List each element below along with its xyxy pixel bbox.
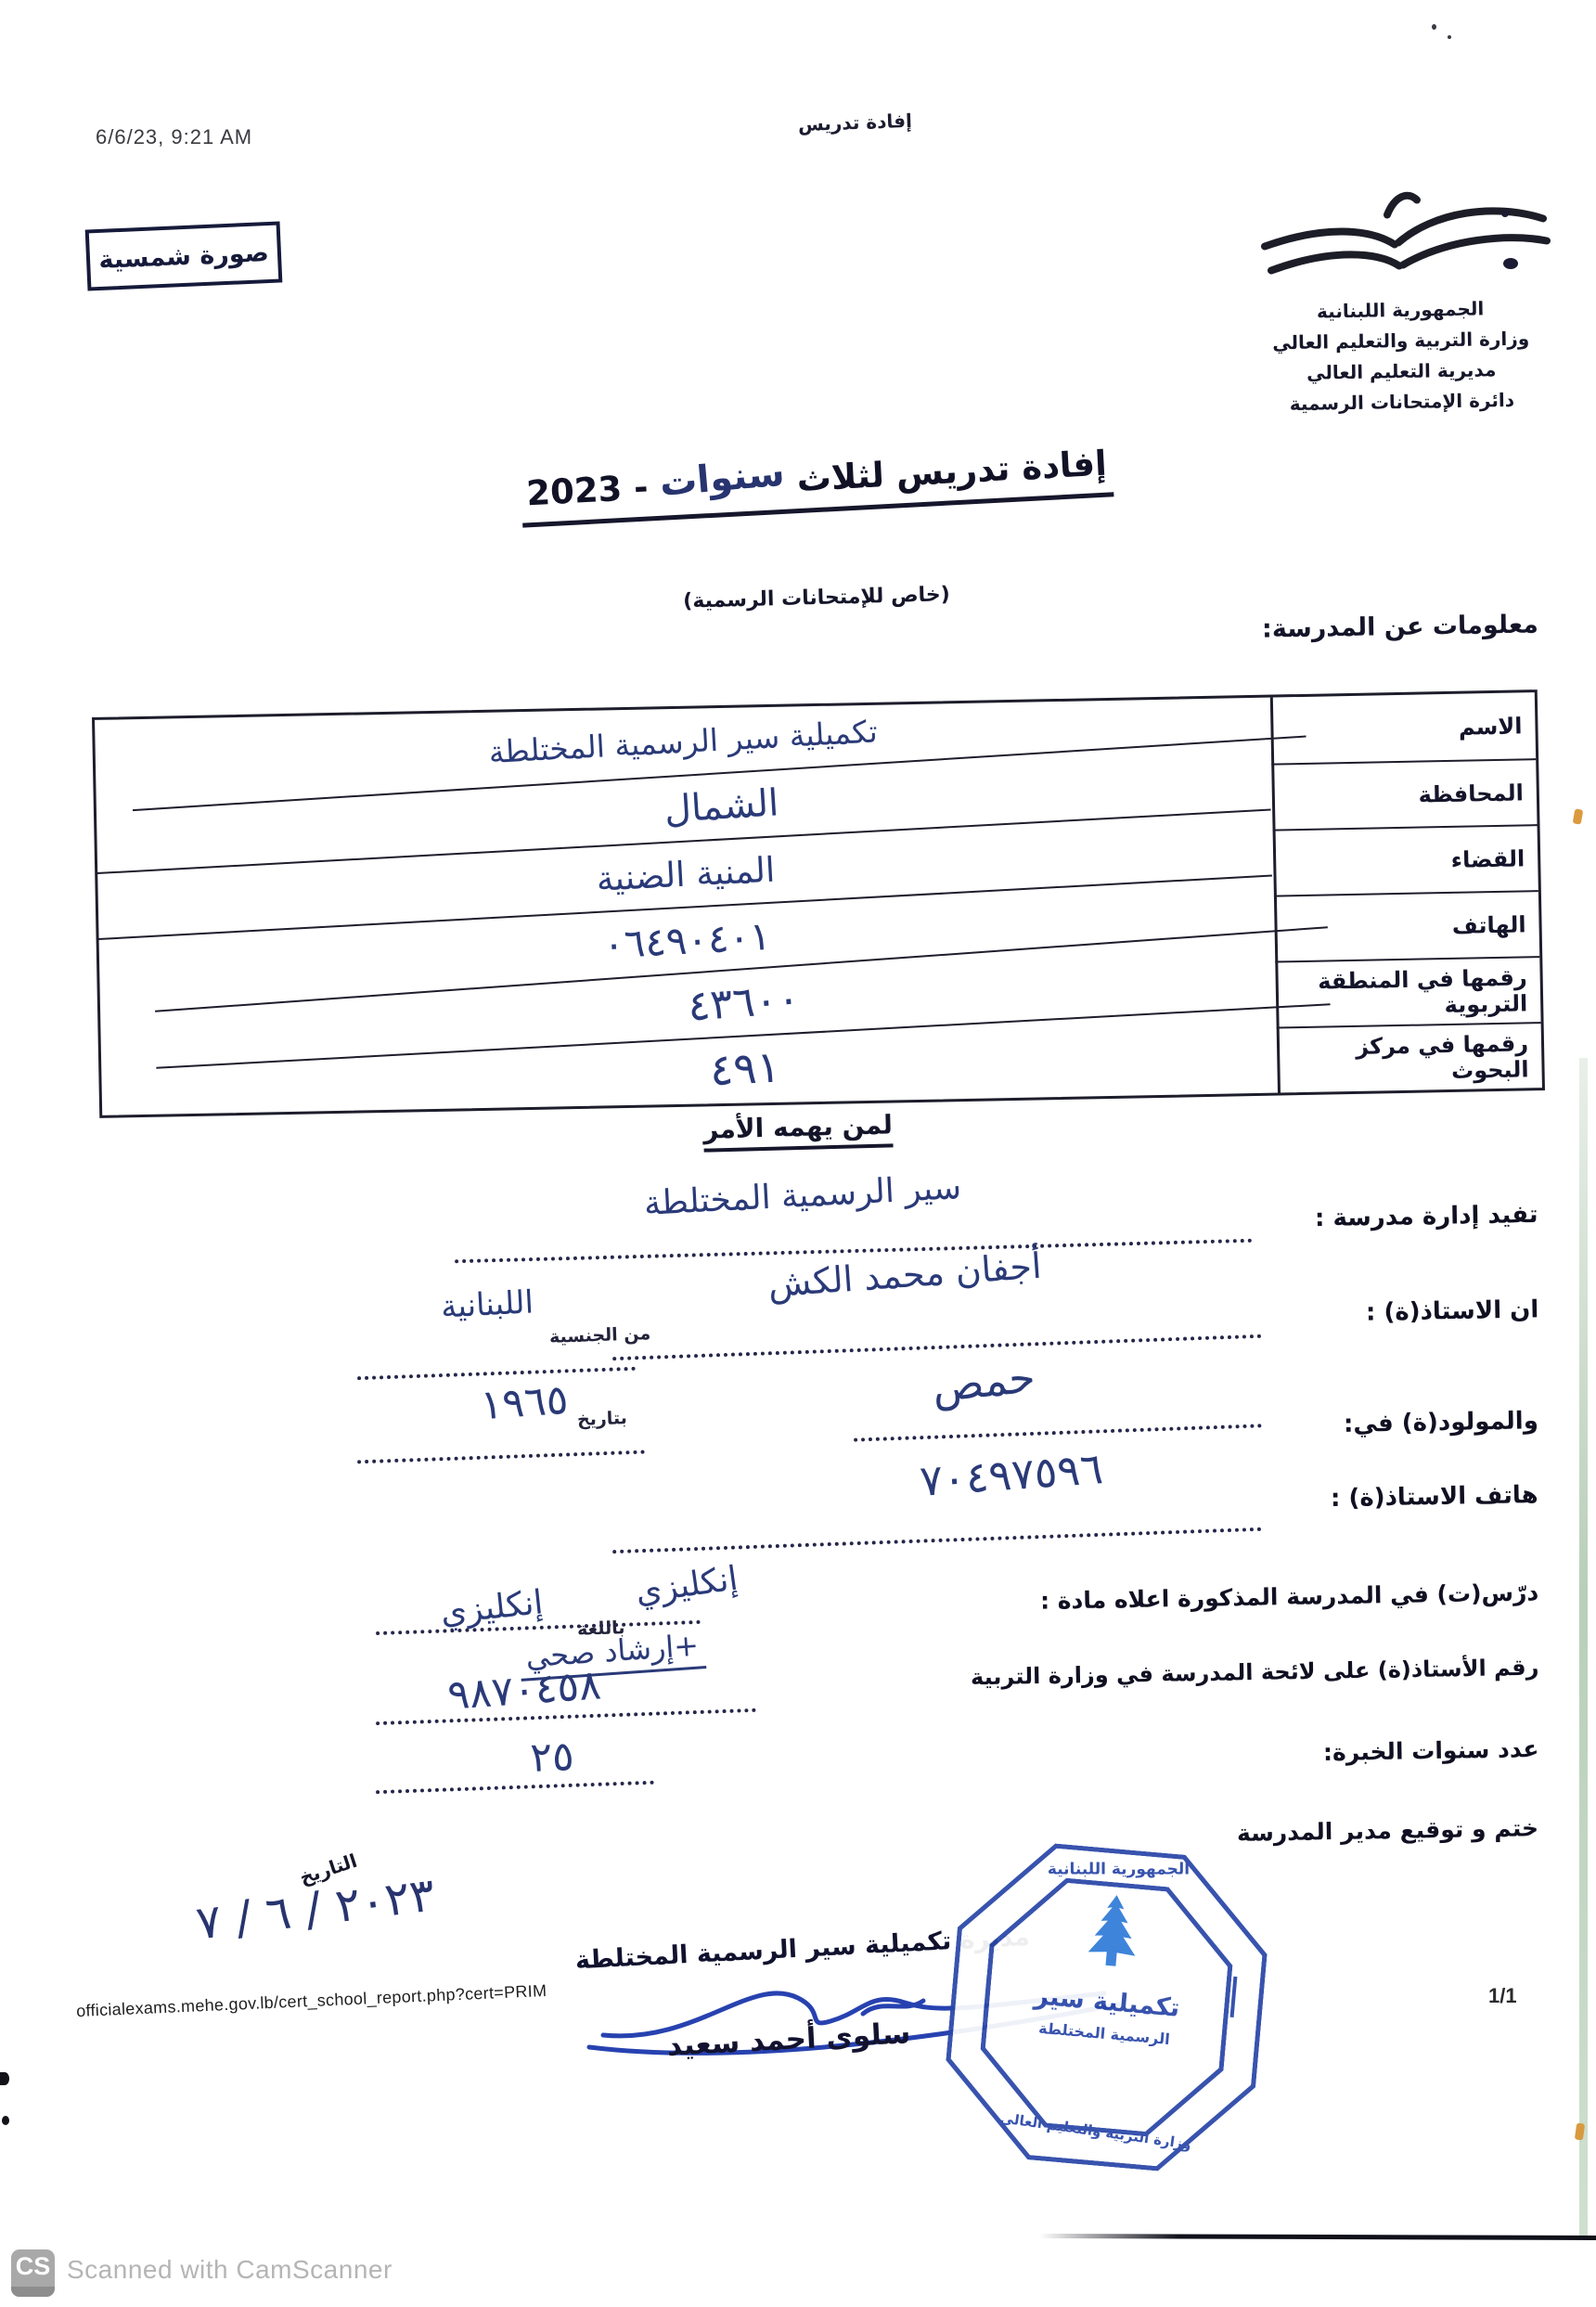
photo-stamp-label: صورة شمسية (98, 238, 270, 275)
document-url-text: officialexams.mehe.gov.lb/cert_school_re… (76, 1981, 547, 2021)
table-label-name: الاسم (1270, 692, 1536, 763)
form-label-list-number: رقم الأستاذ(ة) على لائحة المدرسة في وزار… (970, 1655, 1538, 1691)
ministry-line-ministry: وزارة التربية والتعليم العالي (1233, 323, 1568, 359)
page-indicator: 1/1 (1488, 1984, 1517, 2008)
camscanner-logo-icon: CS (11, 2249, 55, 2297)
ink-speck (2, 2116, 9, 2125)
form-label-teacher-phone: هاتف الاستاذ(ة) : (1331, 1481, 1538, 1513)
doc-title: إفادة تدريس لثلاث سنوات - 2023 (352, 432, 1281, 523)
handwritten-birth-place: حمص (870, 1346, 1097, 1419)
scanned-document-page: 6/6/23, 9:21 AM إفادة تدريس صورة شمسية ا… (0, 0, 1596, 2307)
ministry-book-logo-icon (1248, 178, 1554, 306)
doc-header-note: إفادة تدريس (798, 110, 913, 135)
ink-speck (1448, 35, 1451, 39)
ink-speck (1503, 258, 1518, 269)
cedar-tree-icon (1066, 1888, 1159, 1989)
table-label-district: القضاء (1273, 824, 1538, 895)
handwritten-teacher-phone: ٧٠٤٩٧٥٩٦ (741, 1431, 1281, 1518)
handwritten-experience-years: ٢٥ (500, 1732, 604, 1783)
school-info-table: الاسم تكميلية سير الرسمية المختلطة المحا… (92, 690, 1545, 1118)
ministry-header: الجمهورية اللبنانية وزارة التربية والتعل… (1233, 292, 1569, 420)
doc-title-handwritten-word: سنوات (658, 452, 786, 506)
dotted-line (357, 1450, 645, 1464)
doc-title-prefix: إفادة تدريس لثلاث (796, 444, 1108, 499)
form-label-nationality: من الجنسية (549, 1323, 651, 1347)
ink-speck (1501, 210, 1509, 217)
scan-edge-green-strip (1579, 1058, 1588, 2238)
form-label-teacher: ان الاستاذ(ة) : (1365, 1295, 1538, 1326)
handwritten-school-name: سير الرسمية المختلطة (514, 1162, 1090, 1230)
school-info-heading: معلومات عن المدرسة: (1262, 610, 1538, 643)
form-label-experience: عدد سنوات الخبرة: (1322, 1735, 1538, 1766)
table-label-governorate: المحافظة (1271, 758, 1537, 829)
to-whom-heading: لمن يهمه الأمر (612, 1107, 985, 1147)
form-label-stamp-signature: ختم و توقيع مدير المدرسة (1237, 1814, 1539, 1847)
handwritten-teacher-name: أجفان محمد الكش (607, 1234, 1203, 1317)
photo-stamp-box: صورة شمسية (85, 221, 283, 290)
scan-edge-shadow-line (1039, 2234, 1596, 2240)
school-stamp: الجمهورية اللبنانية تكميلية سير الرسمية … (938, 1836, 1276, 2179)
doc-subtitle: (خاص للإمتحانات الرسمية) (445, 577, 1188, 620)
camscanner-footer-text: Scanned with CamScanner (67, 2255, 393, 2285)
ministry-line-exams-dept: دائرة الإمتحانات الرسمية (1235, 384, 1570, 420)
scan-timestamp: 6/6/23, 9:21 AM (96, 125, 252, 149)
handwritten-subject: إنكليزي (601, 1555, 772, 1617)
stamp-top-text: الجمهورية اللبنانية (963, 1861, 1274, 1879)
dotted-line (612, 1527, 1262, 1553)
ink-speck (1432, 24, 1436, 30)
form-label-subject: درّس(ت) في المدرسة المذكورة اعلاه مادة : (1040, 1579, 1539, 1614)
handwritten-nationality: اللبنانية (389, 1282, 586, 1329)
dotted-line (376, 1781, 654, 1794)
ink-speck (0, 2072, 9, 2085)
doc-title-suffix: - 2023 (525, 468, 649, 514)
form-label-school-admin: تفيد إدارة مدرسة : (1315, 1201, 1538, 1232)
form-label-born: والمولود(ة) في: (1344, 1407, 1538, 1438)
dotted-line (612, 1334, 1262, 1360)
scan-speck (1573, 808, 1584, 824)
